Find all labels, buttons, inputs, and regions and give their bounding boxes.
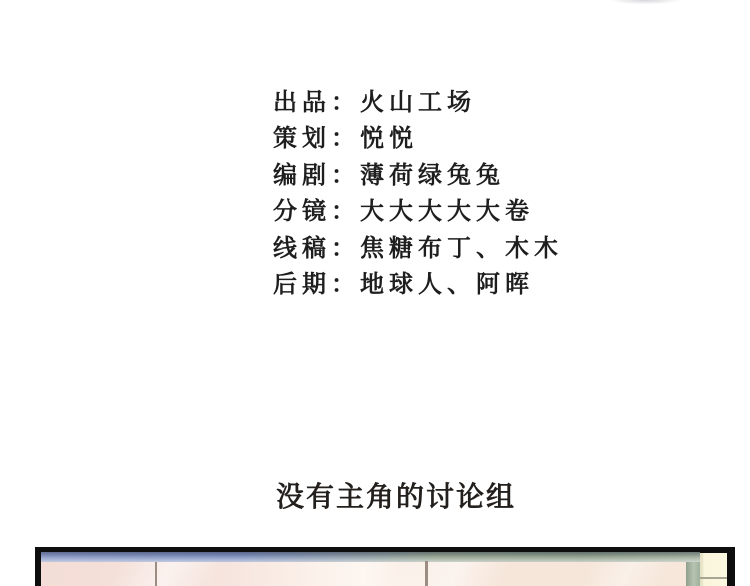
panel-gradient-bar [41,552,700,562]
page-top-smudge [607,0,703,6]
panel-door-strip [700,553,727,586]
credits-block: 出品：火山工场 策划：悦悦 编剧：薄荷绿兔兔 分镜：大大大大大卷 线稿：焦糖布丁… [273,85,563,303]
section-title: 没有主角的讨论组 [276,481,516,513]
credit-line-postwork: 后期：地球人、阿晖 [273,267,563,303]
credit-line-lineart: 线稿：焦糖布丁、木木 [273,231,563,267]
comic-panel-preview [35,547,735,586]
panel-wall-divider-left [155,562,157,586]
credit-line-storyboard: 分镜：大大大大大卷 [273,194,563,230]
door-strip-line [700,577,727,579]
panel-wall [41,562,686,586]
panel-wall-divider-right [425,561,428,586]
credit-line-screenplay: 编剧：薄荷绿兔兔 [273,158,563,194]
panel-sage-border [686,562,700,586]
credit-line-producer: 出品：火山工场 [273,85,563,121]
credit-line-planning: 策划：悦悦 [273,121,563,157]
comic-page: 出品：火山工场 策划：悦悦 编剧：薄荷绿兔兔 分镜：大大大大大卷 线稿：焦糖布丁… [0,0,750,586]
